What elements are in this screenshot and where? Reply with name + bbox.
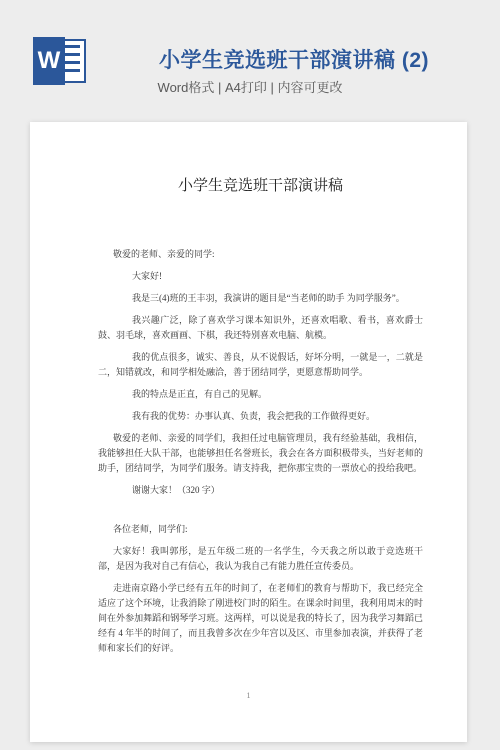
document-paragraph: 大家好! <box>98 269 423 284</box>
header-subtitle: Word格式 | A4打印 | 内容可更改 <box>0 77 500 96</box>
page-number: 1 <box>30 691 467 700</box>
document-paragraph: 各位老师，同学们: <box>98 522 423 537</box>
document-paragraph: 走进南京路小学已经有五年的时间了，在老师们的教育与帮助下，我已经完全适应了这个环… <box>98 581 423 656</box>
document-paragraph: 大家好！我叫郭彤，是五年级二班的一名学生，今天我之所以敢于竞选班干部，是因为我对… <box>98 544 423 574</box>
document-paragraph: 敬爱的老师、亲爱的同学们，我担任过电脑管理员，我有经验基础，我相信，我能够担任大… <box>98 431 423 476</box>
document-title: 小学生竞选班干部演讲稿 <box>98 179 423 194</box>
screen: { "colors": { "background": "#ededed", "… <box>0 0 500 750</box>
document-paragraph: 谢谢大家！（320 字） <box>98 483 423 498</box>
document-paragraph: 我的特点是正直，有自己的见解。 <box>98 387 423 402</box>
document-paragraph: 敬爱的老师、亲爱的同学: <box>98 247 423 262</box>
document-header: W 小学生竞选班干部演讲稿 (2) Word格式 | A4打印 | 内容可更改 <box>0 0 500 120</box>
document-paragraph: 我兴趣广泛，除了喜欢学习课本知识外，还喜欢唱歌、看书，喜欢爵士鼓、羽毛球，喜欢画… <box>98 313 423 343</box>
document-page-preview[interactable]: 小学生竞选班干部演讲稿 敬爱的老师、亲爱的同学: 大家好! 我是三(4)班的王丰… <box>30 122 467 742</box>
document-paragraph: 我的优点很多，诚实、善良，从不说假话，好坏分明，一就是一，二就是二，知错就改，和… <box>98 350 423 380</box>
document-paragraph: 我有我的优势：办事认真、负责，我会把我的工作做得更好。 <box>98 409 423 424</box>
header-title: 小学生竞选班干部演讲稿 (2) <box>88 44 500 74</box>
document-paragraph: 我是三(4)班的王丰羽，我演讲的题目是“当老师的助手 为同学服务”。 <box>98 291 423 306</box>
